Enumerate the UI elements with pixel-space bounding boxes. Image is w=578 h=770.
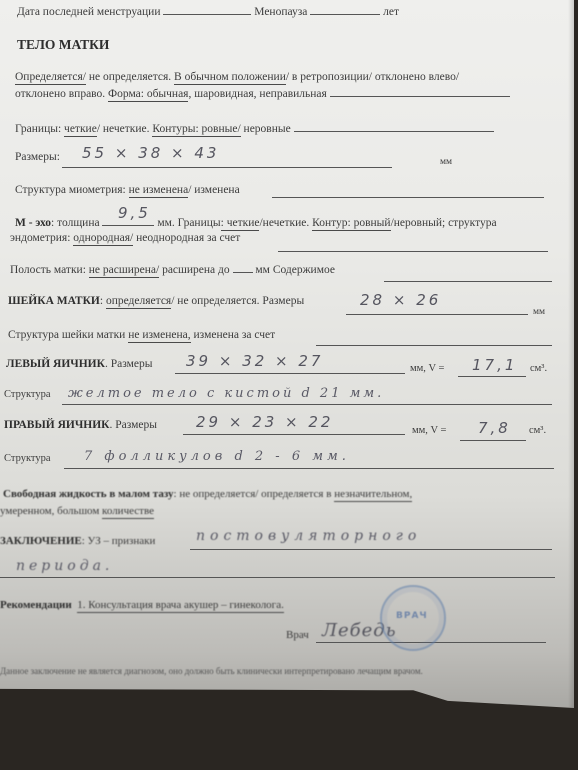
m-echo-label: М - эхо — [15, 217, 51, 229]
option-determined: Определяется/ — [15, 71, 86, 85]
conclusion-label: : УЗ – признаки — [82, 535, 156, 547]
option-deviated-right: отклонено вправо. — [15, 88, 108, 100]
option-moderate-large: умеренном, большом — [0, 505, 102, 517]
option-m-echo-unclear: /нечеткие. — [259, 217, 312, 229]
uterus-position-line1: Определяется/ не определяется. В обычном… — [15, 70, 459, 84]
myometrium-label: Структура миометрия: — [15, 184, 129, 196]
right-ovary-size-value: 29 × 23 × 22 — [196, 413, 333, 431]
conclusion-line1-field — [190, 549, 552, 550]
cervix-structure-field — [316, 345, 552, 346]
right-ovary-volume-unit: см³. — [529, 424, 546, 438]
cervix-size-value: 28 × 26 — [360, 291, 441, 309]
cervix-title: ШЕЙКА МАТКИ — [8, 295, 100, 307]
uterus-body-title: ТЕЛО МАТКИ — [17, 38, 109, 52]
m-echo-thickness-value: 9,5 — [118, 204, 151, 222]
uterus-size-label: Размеры: — [15, 150, 60, 164]
cervix-structure-label: Структура шейки матки — [8, 329, 128, 341]
right-ovary-size-label: . Размеры — [110, 419, 158, 431]
last-period-row: Дата последней менструации Менопауза лет — [17, 4, 399, 19]
left-ovary-volume-unit: см³. — [530, 362, 547, 376]
right-ovary-structure-value: 7 фолликулов d 2 - 6 мм. — [84, 449, 350, 464]
option-contours-uneven: неровные — [241, 123, 291, 135]
cavity-dilation-field — [233, 262, 253, 273]
cervix-line: ШЕЙКА МАТКИ: определяется/ не определяет… — [8, 294, 304, 308]
cervix-structure-line: Структура шейки матки не изменена, измен… — [8, 328, 275, 342]
myometrium-line: Структура миометрия: не изменена/ измене… — [15, 183, 240, 197]
left-ovary-title: ЛЕВЫЙ ЯИЧНИК — [6, 358, 105, 370]
last-period-field — [163, 4, 251, 15]
uterus-borders-line: Границы: четкие/ нечеткие. Контуры: ровн… — [15, 121, 494, 136]
menopause-label: Менопауза — [254, 6, 307, 18]
option-contours-even: Контуры: ровные/ — [152, 123, 240, 137]
uterus-size-line — [62, 167, 392, 168]
left-ovary-size-value: 39 × 32 × 27 — [186, 352, 323, 370]
right-ovary-volume-line — [460, 440, 526, 441]
option-dilated: расширена до — [159, 264, 229, 276]
right-ovary-volume-label: мм, V = — [412, 424, 446, 438]
option-not-dilated: не расширена/ — [89, 264, 159, 278]
menopause-field — [310, 4, 380, 15]
left-ovary-structure-line — [62, 404, 552, 405]
conclusion-line: ЗАКЛЮЧЕНИЕ: УЗ – признаки — [0, 534, 155, 548]
m-echo-thickness-label: : толщина — [51, 217, 100, 229]
m-echo-borders-label: мм. Границы — [157, 217, 220, 229]
right-ovary-title: ПРАВЫЙ ЯИЧНИК — [4, 419, 110, 431]
uterus-size-unit: мм — [440, 155, 452, 169]
cavity-contents-field — [384, 281, 552, 282]
option-cervix-not-determined: / не определяется. Размеры — [171, 295, 304, 307]
free-fluid-title: Свободная жидкость в малом тазу — [3, 488, 174, 500]
option-not-determined: не определяется. — [86, 71, 174, 83]
left-ovary-line: ЛЕВЫЙ ЯИЧНИК. Размеры — [6, 357, 152, 371]
left-ovary-volume-value: 17,1 — [472, 356, 517, 374]
recommendations-text: 1. Консультация врача акушер – гинеколог… — [77, 599, 284, 613]
conclusion-value-line1: постовуляторного — [196, 528, 421, 544]
option-quantity: количестве — [102, 505, 154, 519]
left-ovary-volume-label: мм, V = — [410, 362, 444, 376]
option-myometrium-unchanged: не изменена — [129, 184, 189, 198]
uterus-shape-line: отклонено вправо. Форма: обычная, шарови… — [15, 86, 510, 101]
cervix-size-unit: мм — [533, 305, 545, 319]
cavity-line: Полость матки: не расширена/ расширена д… — [10, 262, 335, 277]
option-normal-position: В обычном положении — [174, 71, 286, 85]
left-ovary-structure-value: желтое тело с кистой d 21 мм. — [68, 386, 384, 401]
conclusion-line2-field — [0, 577, 555, 578]
left-ovary-size-label: . Размеры — [105, 358, 153, 370]
right-ovary-line: ПРАВЫЙ ЯИЧНИК. Размеры — [4, 418, 157, 432]
option-cervix-determined: определяется — [106, 295, 171, 309]
right-ovary-volume-value: 7,8 — [478, 419, 511, 437]
m-echo-line1: М - эхо: толщина мм. Границы: четкие/неч… — [15, 215, 497, 230]
endometrium-field — [278, 251, 548, 252]
uterus-size-value: 55 × 38 × 43 — [82, 144, 219, 162]
borders-label: Границы: — [15, 123, 64, 135]
recommendations-label: Рекомендации — [0, 599, 72, 611]
conclusion-title: ЗАКЛЮЧЕНИЕ — [0, 535, 82, 547]
last-period-label: Дата последней менструации — [17, 6, 161, 18]
menopause-unit: лет — [383, 6, 399, 18]
right-ovary-structure-label: Структура — [4, 452, 51, 466]
option-cervix-changed: изменена за счет — [191, 329, 276, 341]
recommendations-line: Рекомендации 1. Консультация врача акуше… — [0, 598, 284, 612]
cavity-label: Полость матки: — [10, 264, 89, 276]
right-ovary-structure-line — [64, 468, 554, 469]
option-shape-other: , шаровидная, неправильная — [188, 88, 326, 100]
option-other-positions: / в ретропозиции/ отклонено влево/ — [286, 71, 459, 83]
option-heterogeneous: неоднородная за счет — [133, 232, 240, 244]
endometrium-label: эндометрия: — [10, 232, 73, 244]
left-ovary-size-line — [175, 373, 405, 374]
left-ovary-volume-line — [458, 376, 526, 377]
option-contour-uneven: /неровный; структура — [391, 217, 497, 229]
option-borders-clear: четкие — [64, 123, 97, 137]
option-shape-normal: Форма: обычная — [108, 88, 188, 102]
conclusion-value-line2: периода. — [16, 558, 113, 574]
option-homogeneous: однородная/ — [73, 232, 133, 246]
doctor-label: Врач — [286, 628, 309, 642]
borders-field — [294, 121, 494, 132]
option-m-echo-clear: : четкие — [221, 217, 260, 231]
option-myometrium-changed: / изменена — [188, 184, 240, 196]
shape-field — [330, 86, 510, 97]
cavity-contents-label: мм Содержимое — [255, 264, 335, 276]
free-fluid-line1: Свободная жидкость в малом тазу: не опре… — [3, 487, 412, 501]
option-insignificant: незначительном, — [334, 488, 412, 502]
option-free-fluid: : не определяется/ определяется в — [174, 488, 335, 500]
endometrium-line: эндометрия: однородная/ неоднородная за … — [10, 231, 240, 245]
option-cervix-unchanged: не изменена, — [128, 329, 190, 343]
disclaimer: Данное заключение не является диагнозом,… — [0, 664, 423, 678]
option-borders-unclear: / нечеткие. — [97, 123, 153, 135]
doctor-stamp: ВРАЧ — [380, 585, 446, 651]
free-fluid-line2: умеренном, большом количестве — [0, 504, 154, 518]
option-contour-even: Контур: ровный — [312, 217, 390, 231]
left-ovary-structure-label: Структура — [4, 388, 51, 402]
stamp-text: ВРАЧ — [396, 611, 428, 621]
myometrium-field — [272, 197, 544, 198]
right-ovary-size-line — [183, 434, 405, 435]
cervix-size-line — [346, 314, 528, 315]
